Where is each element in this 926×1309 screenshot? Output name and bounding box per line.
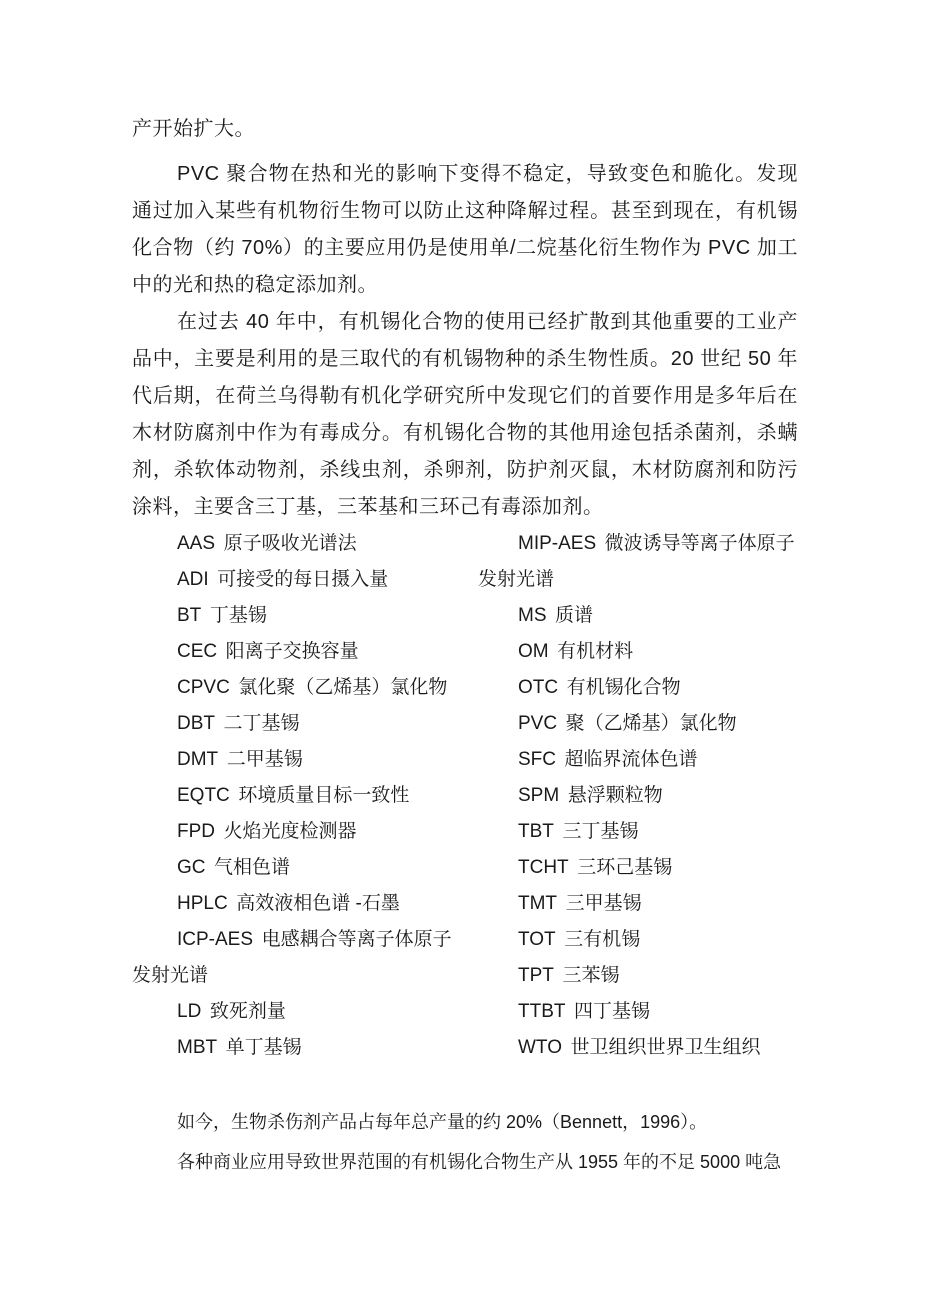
glossary-term: DMT二甲基锡 (132, 742, 478, 778)
glossary-term: MS质谱 (478, 598, 798, 634)
glossary-term: BT丁基锡 (132, 598, 478, 634)
glossary-definition: 发射光谱 (132, 965, 208, 986)
glossary-row: BT丁基锡 MS质谱 (132, 598, 798, 634)
glossary-term: SFC超临界流体色谱 (478, 742, 798, 778)
glossary-term: TOT三有机锡 (478, 922, 798, 958)
glossary-definition: 丁基锡 (210, 605, 267, 626)
glossary-definition: 三甲基锡 (566, 893, 642, 914)
paragraph-organotin-history: 在过去 40 年中，有机锡化合物的使用已经扩散到其他重要的工业产品中，主要是利用… (132, 304, 798, 526)
glossary-term: CEC阳离子交换容量 (132, 634, 478, 670)
glossary-abbr: TTBT (518, 1001, 566, 1022)
glossary-term: LD致死剂量 (132, 994, 478, 1030)
glossary-row: HPLC高效液相色谱 -石墨 TMT三甲基锡 (132, 886, 798, 922)
glossary-abbr: LD (177, 1001, 201, 1022)
glossary-term: OM有机材料 (478, 634, 798, 670)
glossary-abbr: MBT (177, 1037, 217, 1058)
glossary-abbr: SPM (518, 785, 559, 806)
paragraph-continuation: 产开始扩大。 (132, 111, 798, 148)
glossary-definition: 聚（乙烯基）氯化物 (566, 713, 737, 734)
glossary-abbr: OTC (518, 677, 558, 698)
glossary-abbr: TBT (518, 821, 554, 842)
glossary-definition: 三苯锡 (562, 965, 619, 986)
glossary-definition: 三有机锡 (564, 929, 640, 950)
glossary-term: WTO世卫组织世界卫生组织 (478, 1030, 798, 1066)
abbreviation-glossary: AAS原子吸收光谱法 MIP-AES微波诱导等离子体原子 ADI可接受的每日摄入… (132, 526, 798, 1066)
document-page: 产开始扩大。 PVC 聚合物在热和光的影响下变得不稳定，导致变色和脆化。发现通过… (0, 0, 926, 1309)
glossary-definition: 气相色谱 (214, 857, 290, 878)
glossary-abbr: PVC (518, 713, 557, 734)
glossary-definition: 三环己基锡 (577, 857, 672, 878)
glossary-abbr: TPT (518, 965, 554, 986)
glossary-abbr: ICP-AES (177, 929, 253, 950)
glossary-term: EQTC环境质量目标一致性 (132, 778, 478, 814)
glossary-abbr: OM (518, 641, 549, 662)
glossary-row: ICP-AES电感耦合等离子体原子 TOT三有机锡 (132, 922, 798, 958)
glossary-abbr: TMT (518, 893, 557, 914)
glossary-definition-continuation: 发射光谱 (132, 958, 478, 994)
glossary-abbr: GC (177, 857, 206, 878)
glossary-term: ICP-AES电感耦合等离子体原子 (132, 922, 478, 958)
glossary-definition: 有机锡化合物 (567, 677, 681, 698)
glossary-definition: 发射光谱 (478, 569, 554, 590)
glossary-definition: 电感耦合等离子体原子 (262, 929, 452, 950)
glossary-term: OTC有机锡化合物 (478, 670, 798, 706)
glossary-row: DBT二丁基锡 PVC聚（乙烯基）氯化物 (132, 706, 798, 742)
glossary-term: GC气相色谱 (132, 850, 478, 886)
glossary-abbr: CPVC (177, 677, 230, 698)
glossary-definition: 单丁基锡 (226, 1037, 302, 1058)
glossary-abbr: ADI (177, 569, 209, 590)
glossary-definition: 原子吸收光谱法 (224, 533, 357, 554)
glossary-row: DMT二甲基锡 SFC超临界流体色谱 (132, 742, 798, 778)
glossary-row: CEC阳离子交换容量 OM有机材料 (132, 634, 798, 670)
glossary-abbr: FPD (177, 821, 215, 842)
glossary-abbr: HPLC (177, 893, 228, 914)
glossary-definition: 可接受的每日摄入量 (217, 569, 388, 590)
glossary-row: LD致死剂量 TTBT四丁基锡 (132, 994, 798, 1030)
glossary-term: TBT三丁基锡 (478, 814, 798, 850)
glossary-abbr: CEC (177, 641, 217, 662)
glossary-abbr: TCHT (518, 857, 569, 878)
glossary-term: HPLC高效液相色谱 -石墨 (132, 886, 478, 922)
glossary-row: FPD火焰光度检测器 TBT三丁基锡 (132, 814, 798, 850)
glossary-definition: 微波诱导等离子体原子 (605, 533, 795, 554)
paragraph-production-growth: 各种商业应用导致世界范围的有机锡化合物生产从 1955 年的不足 5000 吨急 (132, 1142, 798, 1182)
glossary-definition: 三丁基锡 (562, 821, 638, 842)
glossary-definition: 氯化聚（乙烯基）氯化物 (238, 677, 447, 698)
glossary-definition: 悬浮颗粒物 (568, 785, 663, 806)
glossary-definition: 致死剂量 (210, 1001, 286, 1022)
glossary-definition: 火焰光度检测器 (224, 821, 357, 842)
glossary-abbr: WTO (518, 1037, 562, 1058)
glossary-term: MBT单丁基锡 (132, 1030, 478, 1066)
glossary-row: MBT单丁基锡 WTO世卫组织世界卫生组织 (132, 1030, 798, 1066)
glossary-term: CPVC氯化聚（乙烯基）氯化物 (132, 670, 478, 706)
glossary-row: ADI可接受的每日摄入量 发射光谱 (132, 562, 798, 598)
paragraph-biocide-share: 如今，生物杀伤剂产品占每年总产量的约 20%（Bennett，1996）。 (132, 1102, 798, 1142)
glossary-row: 发射光谱 TPT三苯锡 (132, 958, 798, 994)
glossary-term: AAS原子吸收光谱法 (132, 526, 478, 562)
glossary-abbr: MS (518, 605, 547, 626)
glossary-definition: 二甲基锡 (227, 749, 303, 770)
glossary-term: FPD火焰光度检测器 (132, 814, 478, 850)
glossary-term: MIP-AES微波诱导等离子体原子 (478, 526, 798, 562)
paragraph-pvc-stability: PVC 聚合物在热和光的影响下变得不稳定，导致变色和脆化。发现通过加入某些有机物… (132, 156, 798, 304)
glossary-definition: 有机材料 (557, 641, 633, 662)
glossary-definition: 阳离子交换容量 (226, 641, 359, 662)
glossary-abbr: MIP-AES (518, 533, 596, 554)
glossary-abbr: DMT (177, 749, 218, 770)
glossary-abbr: BT (177, 605, 201, 626)
glossary-row: AAS原子吸收光谱法 MIP-AES微波诱导等离子体原子 (132, 526, 798, 562)
glossary-term: ADI可接受的每日摄入量 (132, 562, 478, 598)
closing-paragraphs: 如今，生物杀伤剂产品占每年总产量的约 20%（Bennett，1996）。 各种… (132, 1102, 798, 1182)
glossary-term: TMT三甲基锡 (478, 886, 798, 922)
body-text: 产开始扩大。 PVC 聚合物在热和光的影响下变得不稳定，导致变色和脆化。发现通过… (132, 111, 798, 526)
glossary-abbr: SFC (518, 749, 556, 770)
glossary-row: EQTC环境质量目标一致性 SPM悬浮颗粒物 (132, 778, 798, 814)
glossary-definition: 超临界流体色谱 (565, 749, 698, 770)
glossary-term: SPM悬浮颗粒物 (478, 778, 798, 814)
glossary-definition: 二丁基锡 (224, 713, 300, 734)
glossary-definition: 高效液相色谱 -石墨 (236, 893, 400, 914)
glossary-abbr: EQTC (177, 785, 230, 806)
glossary-term: TTBT四丁基锡 (478, 994, 798, 1030)
glossary-definition: 世卫组织世界卫生组织 (571, 1037, 761, 1058)
glossary-abbr: DBT (177, 713, 215, 734)
glossary-term: DBT二丁基锡 (132, 706, 478, 742)
glossary-definition: 质谱 (555, 605, 593, 626)
glossary-abbr: TOT (518, 929, 556, 950)
glossary-term: PVC聚（乙烯基）氯化物 (478, 706, 798, 742)
glossary-definition-continuation: 发射光谱 (478, 562, 798, 598)
glossary-row: CPVC氯化聚（乙烯基）氯化物 OTC有机锡化合物 (132, 670, 798, 706)
glossary-term: TCHT三环己基锡 (478, 850, 798, 886)
glossary-definition: 环境质量目标一致性 (238, 785, 409, 806)
glossary-term: TPT三苯锡 (478, 958, 798, 994)
glossary-definition: 四丁基锡 (574, 1001, 650, 1022)
glossary-row: GC气相色谱 TCHT三环己基锡 (132, 850, 798, 886)
glossary-abbr: AAS (177, 533, 215, 554)
